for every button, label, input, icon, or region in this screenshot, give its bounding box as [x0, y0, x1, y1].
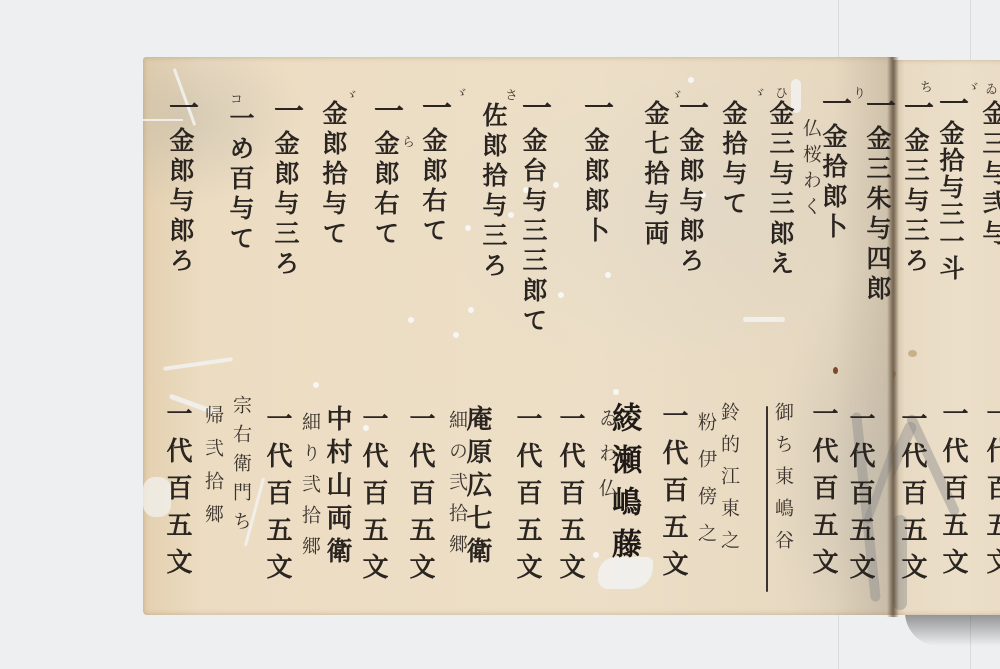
entry-body-text: 金三与三ろ — [901, 127, 930, 277]
lower-entry-column: 一代百五文 — [982, 400, 1000, 585]
entry-body-text: 金拾与三一斗 — [936, 120, 965, 282]
entry-body-text: 金郎与郎ろ — [166, 127, 195, 277]
entry-body-text: 金郎与郎ろ — [676, 127, 705, 277]
upper-entry-column: 一金郎与郎ろ — [165, 92, 195, 277]
upper-entry-column: 金七拾与両 — [640, 100, 670, 250]
lower-entry-column: 一代百五文 — [808, 400, 838, 585]
upper-entry-column: 一金拾郎卜 — [818, 88, 848, 243]
worm-hole — [453, 332, 459, 338]
upper-entry-column: 一金郎与三ろ — [270, 95, 300, 280]
entry-body-text: 佐郎拾与三ろ — [479, 102, 508, 282]
worm-hole — [908, 350, 917, 357]
entry-annotation-mark: ゞ — [748, 86, 767, 99]
upper-entry-column: 一め百与て — [225, 105, 255, 255]
worm-hole — [313, 382, 319, 388]
lower-entry-column: 一代百五文 — [658, 402, 688, 587]
lower-entry-column: 一代百五文 — [555, 405, 585, 590]
book-shadow — [905, 612, 1000, 646]
entry-head-mark: 一 — [516, 92, 551, 127]
upper-entry-column: 一金三与三ろ — [900, 92, 930, 277]
lower-entry-name: 鈴的江東之 — [718, 402, 740, 562]
lower-entry-column: 一代百五文 — [405, 405, 435, 590]
entry-body-text: 金郎右て — [419, 127, 448, 247]
upper-entry-column: 金拾与て — [718, 100, 748, 220]
worm-hole — [688, 77, 694, 83]
lower-entry-column: 一代百五文 — [162, 400, 192, 585]
lower-entry-name: 細の弐拾郷 — [446, 410, 468, 565]
lower-entry-name: 宗右衛門ち — [230, 395, 252, 540]
lower-entry-name: 中村山両衛 — [322, 405, 352, 570]
upper-entry-column: 一金郎郎卜 — [580, 92, 610, 247]
worm-hole — [508, 212, 514, 218]
entry-body-text: 金三朱与四郎 — [863, 125, 892, 305]
upper-entry-column: 一金郎右て — [418, 92, 448, 247]
entry-head-mark: 一 — [933, 88, 968, 120]
upper-entry-column: 一金拾与三一斗 — [935, 88, 965, 282]
entry-head-mark: 一 — [898, 92, 933, 127]
lower-entry-name: ゐわ仏 — [596, 408, 618, 513]
upper-entry-column: 佐郎拾与三ろ — [478, 102, 508, 282]
entry-body-text: 金七拾与両 — [641, 100, 670, 250]
worm-hole — [605, 272, 611, 278]
entry-head-mark: 一 — [578, 92, 613, 127]
entry-head-mark: 一 — [368, 95, 403, 130]
entry-body-text: 金郎与三ろ — [271, 130, 300, 280]
lower-entry-name: 帰弐拾郷 — [202, 405, 224, 537]
upper-entry-column: 一金台与三三郎て — [518, 92, 548, 337]
entry-body-text: 金拾与て — [719, 100, 748, 220]
entry-body-text: 金三与弐与 — [979, 100, 1000, 250]
entry-body-text: 仏桜わく — [800, 118, 822, 222]
lower-entry-column: 一代百五文 — [897, 405, 927, 590]
worm-hole — [593, 552, 599, 558]
lower-entry-column: 一代百五文 — [358, 405, 388, 590]
entry-body-text: 金拾郎卜 — [819, 123, 848, 243]
lower-entry-name: 粉伊傍之 — [695, 412, 717, 560]
worm-hole — [408, 317, 414, 323]
entry-annotation-mark: ゞ — [450, 86, 469, 99]
entry-body-text: 金三与三郎え — [766, 100, 795, 280]
upper-entry-column: 金三与弐与 — [978, 100, 1000, 250]
entry-head-mark: 一 — [268, 95, 303, 130]
entry-annotation-mark: ゐ — [980, 82, 999, 95]
entry-body-text: 一め百与て — [226, 105, 255, 255]
worm-hole — [553, 182, 559, 188]
lower-entry-name: 御ち東嶋谷 — [772, 402, 794, 562]
entry-body-text: 金台与三三郎て — [519, 127, 548, 337]
upper-entry-column: 金三与三郎え — [765, 100, 795, 280]
entry-annotation-mark: ひ — [770, 86, 789, 99]
lower-entry-column: 一代百五文 — [512, 405, 542, 590]
upper-entry-column: 一金三朱与四郎 — [862, 90, 892, 305]
ink-rule-line — [766, 406, 768, 592]
worm-hole — [465, 225, 471, 231]
worm-hole — [468, 307, 474, 313]
upper-entry-column: 金郎拾与て — [318, 100, 348, 250]
entry-body-text: 金郎拾与て — [319, 100, 348, 250]
upper-entry-column: 一金郎与郎ろ — [675, 92, 705, 277]
lower-entry-column: 一代百五文 — [262, 405, 292, 590]
worm-hole — [613, 389, 619, 395]
entry-annotation-mark: さ — [500, 88, 519, 101]
lower-entry-column: 一代百五文 — [845, 405, 875, 590]
upper-entry-subline: 仏桜わく — [800, 118, 822, 222]
upper-entry-column: 一金郎右て — [370, 95, 400, 250]
paper-damage — [163, 357, 233, 371]
lower-entry-name: 細り弐拾郷 — [299, 412, 321, 567]
paper-damage — [743, 317, 785, 322]
worm-hole — [558, 292, 564, 298]
entry-head-mark: 一 — [163, 92, 198, 127]
entry-body-text: 金郎郎卜 — [581, 127, 610, 247]
entry-body-text: 金郎右て — [371, 130, 400, 250]
lower-entry-column: 一代百五文 — [938, 400, 968, 585]
ink-spot — [833, 367, 838, 374]
entry-annotation-mark: コ — [225, 92, 244, 105]
entry-head-mark: 一 — [416, 92, 451, 127]
